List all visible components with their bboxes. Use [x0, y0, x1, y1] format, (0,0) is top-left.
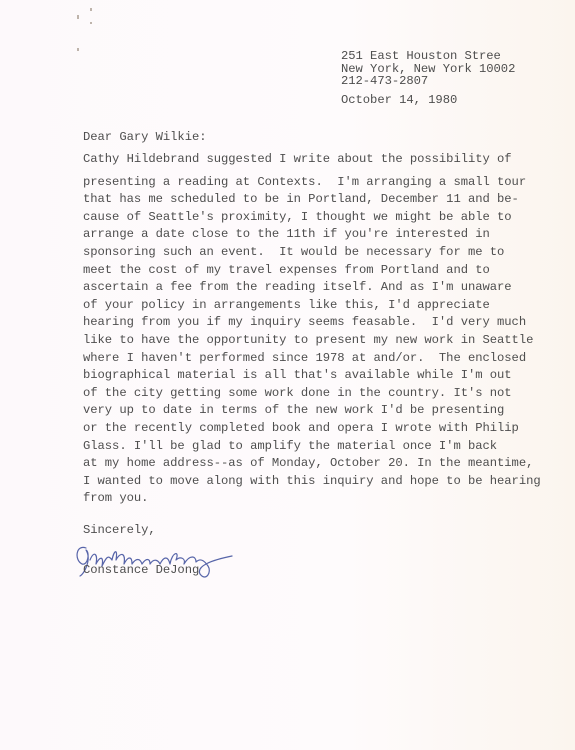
salutation: Dear Gary Wilkie:: [83, 131, 206, 143]
letter-date: October 14, 1980: [341, 94, 457, 106]
body-line: or the recently completed book and opera…: [83, 420, 541, 438]
body-line: of the city getting some work done in th…: [83, 385, 541, 403]
body-line: biographical material is all that's avai…: [83, 367, 541, 385]
body-line: that has me scheduled to be in Portland,…: [83, 191, 541, 209]
body-line: of your policy in arrangements like this…: [83, 297, 541, 315]
body-line: at my home address--as of Monday, Octobe…: [83, 455, 541, 473]
body-line: Glass. I'll be glad to amplify the mater…: [83, 438, 541, 456]
body-line: where I haven't performed since 1978 at …: [83, 350, 541, 368]
signer-name: Constance DeJong: [83, 564, 199, 576]
body-line: ascertain a fee from the reading itself.…: [83, 279, 541, 297]
body-line: arrange a date close to the 11th if you'…: [83, 226, 541, 244]
body-line: sponsoring such an event. It would be ne…: [83, 244, 541, 262]
margin-mark: [77, 15, 79, 19]
body-line: cause of Seattle's proximity, I thought …: [83, 209, 541, 227]
margin-mark: [77, 48, 79, 51]
body-line: I wanted to move along with this inquiry…: [83, 473, 541, 491]
body-line: from you.: [83, 490, 541, 508]
sender-address-block: 251 East Houston Stree New York, New Yor…: [341, 50, 515, 88]
body-line: presenting a reading at Contexts. I'm ar…: [83, 174, 541, 192]
margin-mark: [90, 8, 92, 11]
body-line: Cathy Hildebrand suggested I write about…: [83, 151, 541, 169]
body-line: meet the cost of my travel expenses from…: [83, 262, 541, 280]
body-line: like to have the opportunity to present …: [83, 332, 541, 350]
letter-page: 251 East Houston Stree New York, New Yor…: [0, 0, 575, 750]
margin-mark: [90, 22, 92, 24]
letter-body: Cathy Hildebrand suggested I write about…: [83, 151, 541, 508]
body-line: very up to date in terms of the new work…: [83, 402, 541, 420]
phone-number: 212-473-2807: [341, 75, 515, 88]
address-line-1: 251 East Houston Stree: [341, 50, 515, 63]
body-line: hearing from you if my inquiry seems fea…: [83, 314, 541, 332]
